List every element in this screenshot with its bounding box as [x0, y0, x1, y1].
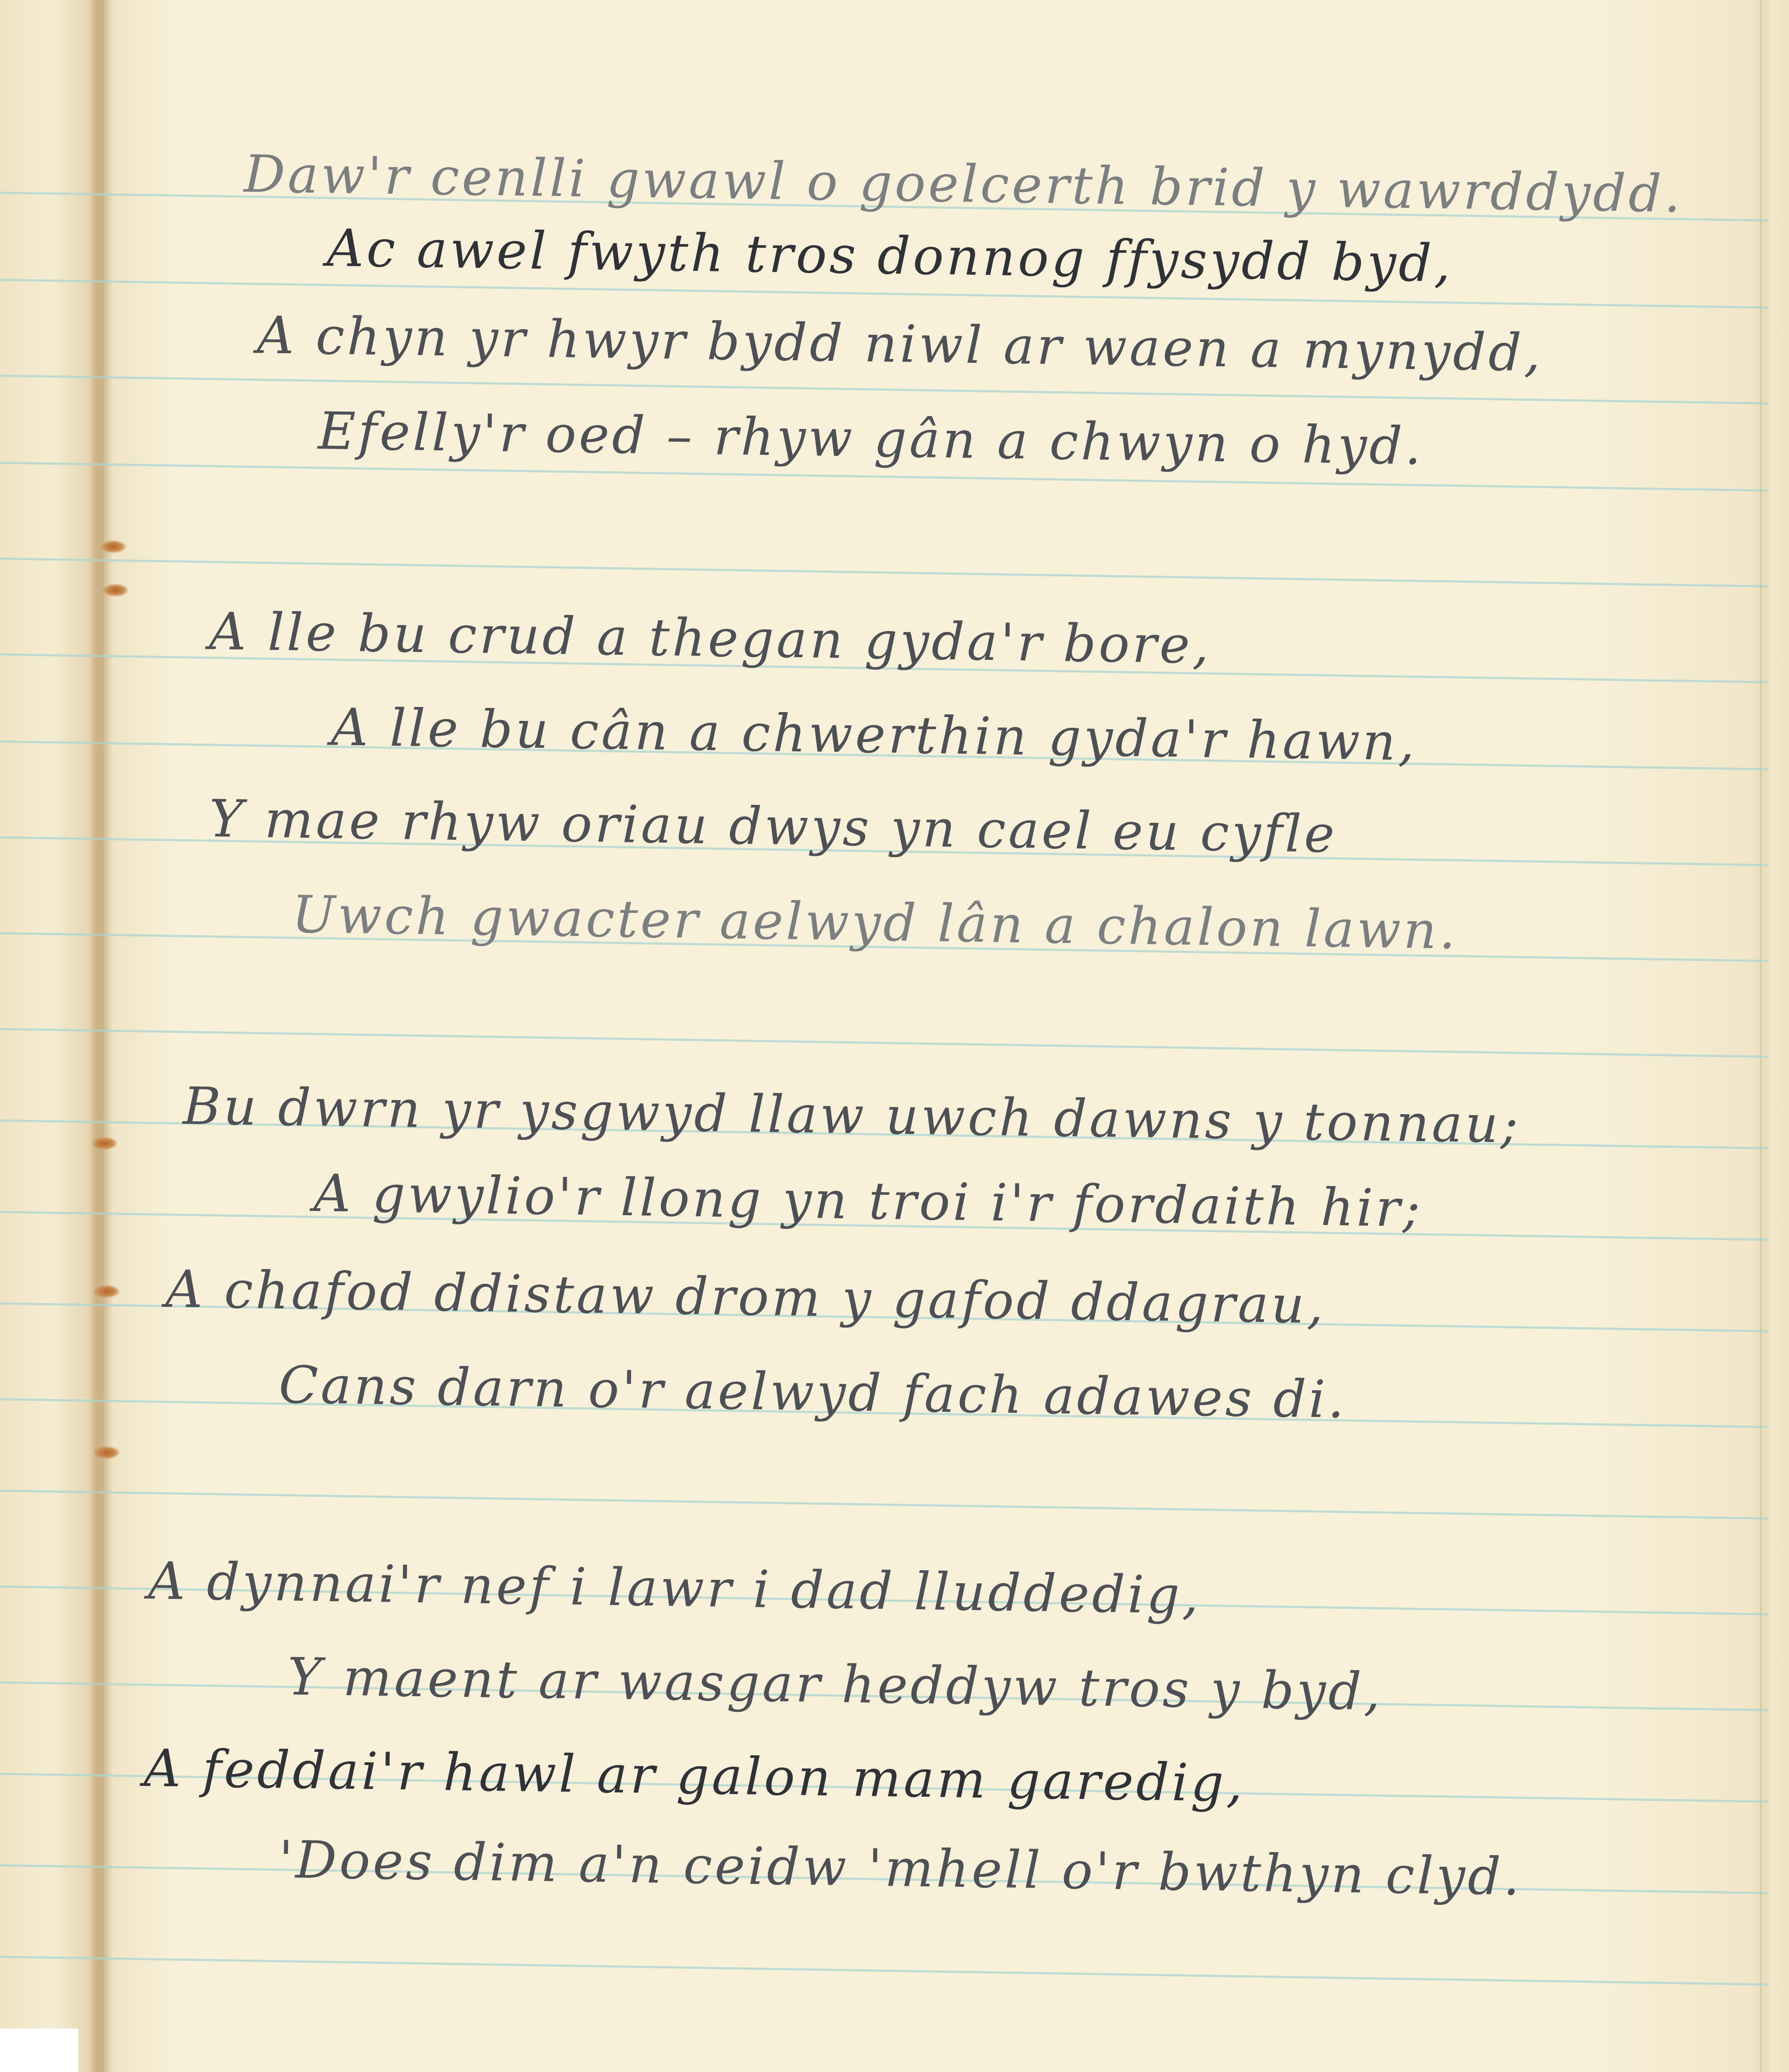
right-page-edge: [1760, 0, 1762, 2072]
poem-line: A lle bu cân a chwerthin gyda'r hawn,: [331, 697, 1417, 772]
poem-line: Bu dwrn yr ysgwyd llaw uwch dawns y tonn…: [183, 1076, 1521, 1155]
poem-line: 'Does dim a'n ceidw 'mhell o'r bwthyn cl…: [278, 1829, 1523, 1907]
poem-line: Ac awel fwyth tros donnog ffysydd byd,: [326, 218, 1454, 294]
poem-line: A gwylio'r llong yn troi i'r fordaith hi…: [313, 1163, 1423, 1239]
ruled-line: [0, 1490, 1768, 1520]
poem-line: Efelly'r oed – rhyw gân a chwyn o hyd.: [318, 401, 1424, 476]
rust-spot: [94, 1285, 120, 1298]
rust-spot: [102, 584, 129, 597]
ruled-line: [0, 1028, 1768, 1058]
poem-line: A lle bu crud a thegan gyda'r bore,: [209, 601, 1212, 675]
poem-line: A chafod ddistaw drom y gafod ddagrau,: [165, 1259, 1326, 1335]
poem-line: Uwch gwacter aelwyd lân a chalon lawn.: [291, 884, 1458, 960]
poem-line: Daw'r cenlli gwawl o goelcerth brid y wa…: [243, 144, 1684, 224]
ruled-line: [0, 1956, 1768, 1986]
poem-line: Cans darn o'r aelwyd fach adawes di.: [278, 1355, 1347, 1430]
poem-line: Y mae rhyw oriau dwys yn cael eu cyfle: [209, 788, 1338, 864]
poem-line: A dynnai'r nef i lawr i dad lluddedig,: [148, 1551, 1201, 1626]
page-corner-tear: [0, 2028, 78, 2072]
poem-line: A chyn yr hwyr bydd niwl ar waen a mynyd…: [257, 305, 1543, 383]
notebook-page: Daw'r cenlli gwawl o goelcerth brid y wa…: [0, 0, 1789, 2072]
poem-line: Y maent ar wasgar heddyw tros y byd,: [287, 1646, 1383, 1722]
rust-spot: [94, 1446, 120, 1459]
page-fold: [87, 0, 105, 2072]
rust-spot: [91, 1137, 118, 1150]
poem-line: A feddai'r hawl ar galon mam garedig,: [143, 1738, 1246, 1813]
ruled-line: [0, 558, 1768, 588]
rust-spot: [100, 540, 126, 553]
